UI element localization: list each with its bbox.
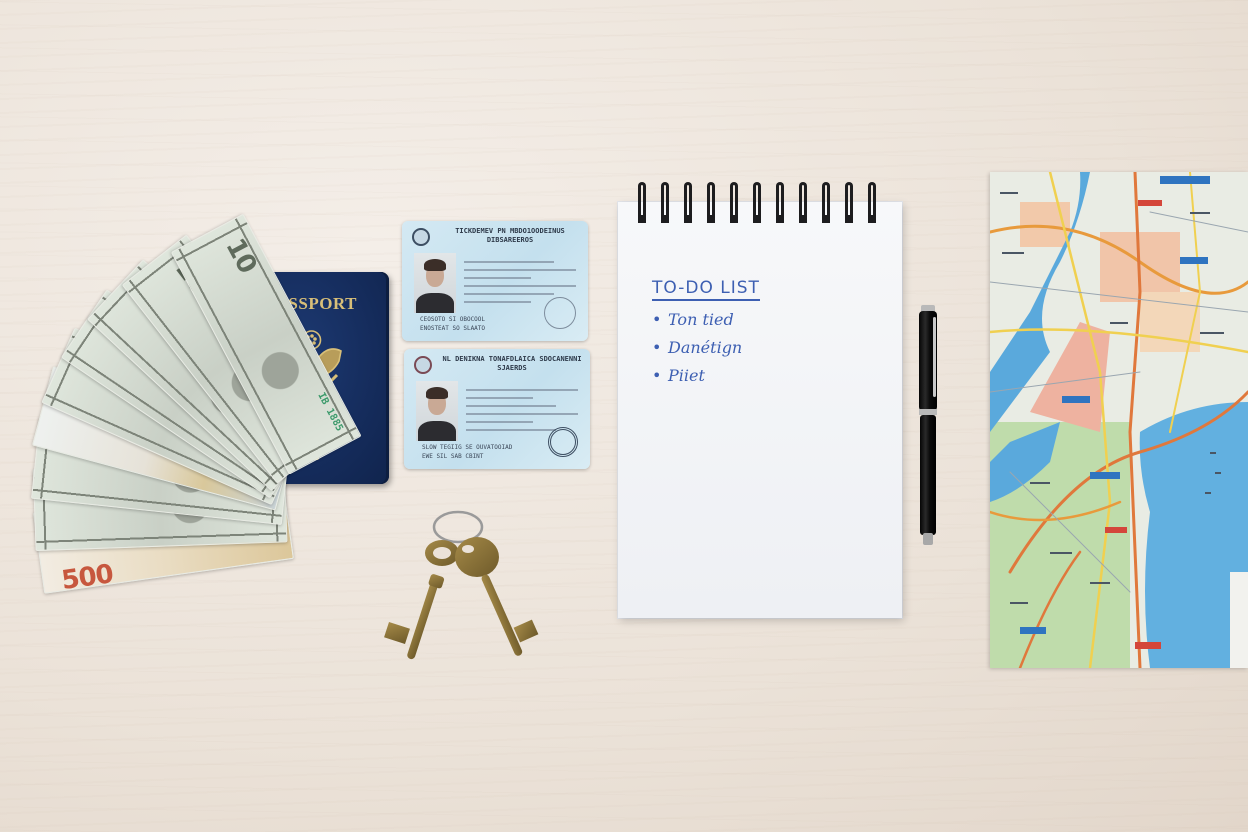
id-photo [416, 381, 458, 441]
id-card-footer: CEOSOTO SI OBOCOOL ENOSTEAT SO SLAATO [420, 315, 485, 333]
spiral-coil [799, 182, 807, 220]
id-footer-line1: SLOW TEGIIG SE OUVATOOIAD [422, 443, 512, 452]
id-card-footer: SLOW TEGIIG SE OUVATOOIAD EWE SIL SAB CB… [422, 443, 512, 461]
bullet-icon: • [652, 338, 668, 357]
spiral-coil [822, 182, 830, 220]
id-card-2: NL DENIKNA TONAFDLAICA SDOCANENNI SJAERD… [404, 349, 590, 469]
stamp-icon [548, 427, 578, 457]
spiral-coil [776, 182, 784, 220]
id-footer-line2: EWE SIL SAB CBINT [422, 452, 512, 461]
spiral-coil [868, 182, 876, 220]
seal-icon [412, 228, 430, 246]
bullet-icon: • [652, 310, 668, 329]
todo-item-text: Piiet [668, 366, 705, 385]
city-map [990, 172, 1248, 668]
todo-item: •Ton tied [652, 310, 760, 329]
id-footer-line2: ENOSTEAT SO SLAATO [420, 324, 485, 333]
map-graphic [990, 172, 1248, 668]
todo-item: •Piiet [652, 366, 760, 385]
todo-title: TO-DO LIST [652, 278, 760, 301]
id-card-header: NL DENIKNA TONAFDLAICA SDOCANENNI SJAERD… [442, 355, 582, 373]
seal-icon [414, 356, 432, 374]
spiral-coil [730, 182, 738, 220]
pen-icon [917, 303, 939, 548]
id-card-1: TICKDEMEV PN MBDO1OODEINUS DIBSAREEROS C… [402, 221, 588, 341]
id-photo [414, 253, 456, 313]
todo-list: TO-DO LIST •Ton tied•Danétign•Piiet [652, 278, 760, 385]
spiral-coil [707, 182, 715, 220]
bullet-icon: • [652, 366, 668, 385]
id-card-header: TICKDEMEV PN MBDO1OODEINUS DIBSAREEROS [440, 227, 580, 245]
spiral-coil [845, 182, 853, 220]
banknote-serial: IB 1885 [315, 391, 345, 433]
notepad: TO-DO LIST •Ton tied•Danétign•Piiet [618, 202, 902, 618]
todo-item: •Danétign [652, 338, 760, 357]
id-footer-line1: CEOSOTO SI OBOCOOL [420, 315, 485, 324]
spiral-coil [661, 182, 669, 220]
todo-item-text: Ton tied [668, 310, 734, 329]
todo-item-text: Danétign [668, 338, 742, 357]
spiral-coil [638, 182, 646, 220]
spiral-coil [753, 182, 761, 220]
banknote-denomination: 10 [220, 234, 263, 278]
banknote-denomination: 500 [60, 559, 115, 594]
spiral-coil [684, 182, 692, 220]
stamp-icon [544, 297, 576, 329]
keys-icon [380, 505, 560, 675]
